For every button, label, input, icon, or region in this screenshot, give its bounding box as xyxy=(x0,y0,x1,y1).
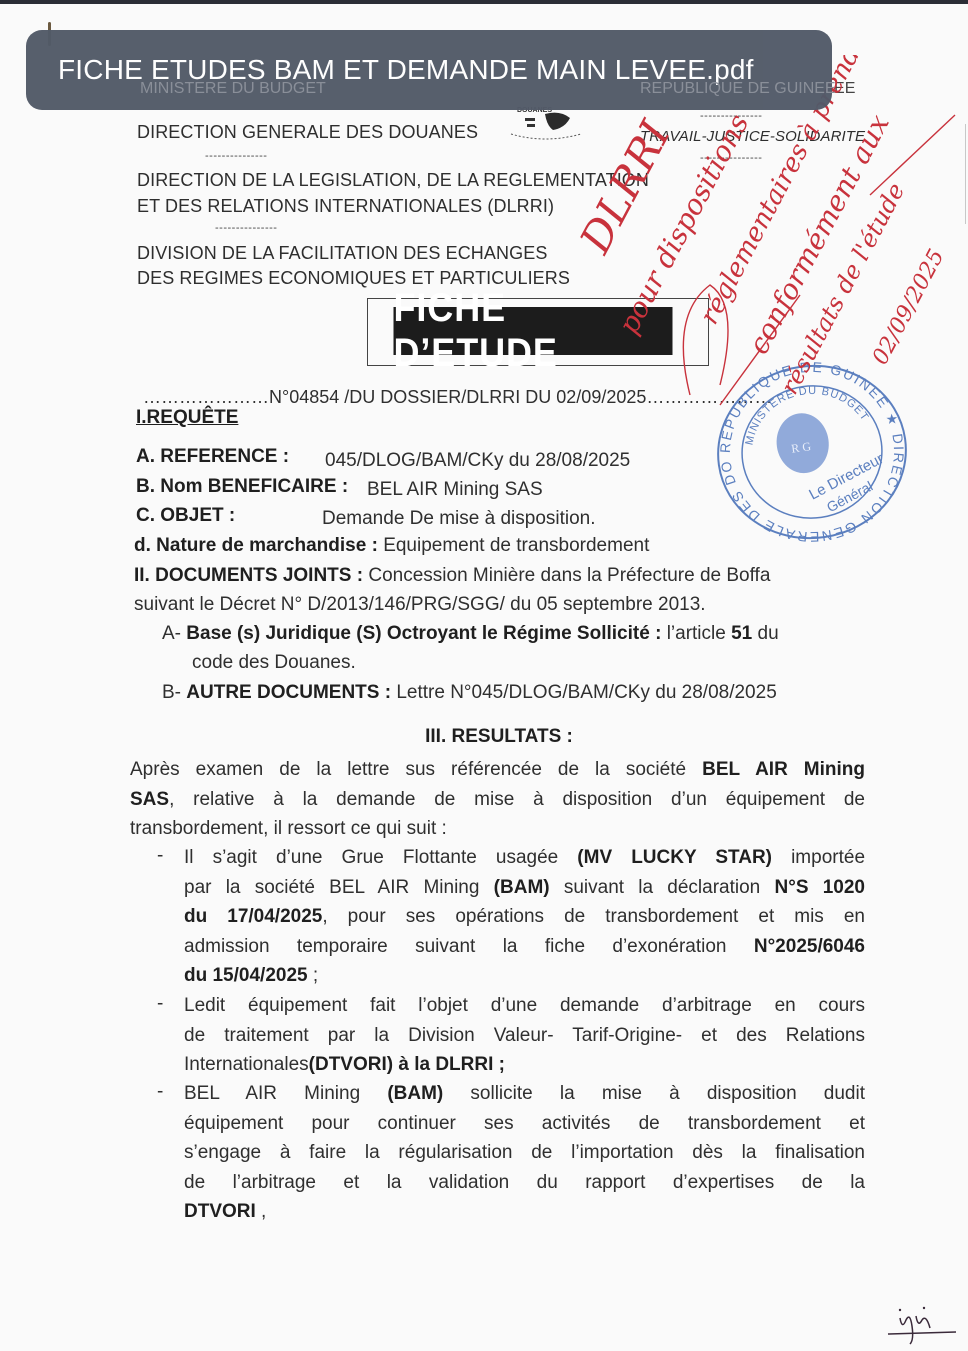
results-intro: Après examen de la lettre sus référencée… xyxy=(130,755,865,844)
results-intro-line: Après examen de la lettre sus référencée… xyxy=(130,755,865,785)
legal-basis-value-tail: du xyxy=(758,623,779,644)
reference-value: 045/DLOG/BAM/CKy du 28/08/2025 xyxy=(325,450,630,472)
motto: TRAVAIL-JUSTICE-SOLIDARITE xyxy=(640,128,865,145)
attached-documents-value-line2: suivant le Décret N° D/2013/146/PRG/SGG/… xyxy=(134,594,706,616)
other-documents-label: AUTRE DOCUMENTS : xyxy=(186,682,391,703)
document-title: FICHE D’ETUDE xyxy=(394,307,673,355)
legal-basis-value: l’article xyxy=(667,623,726,644)
section-results-title: III. RESULTATS : xyxy=(0,726,968,748)
bullet-dash: - xyxy=(157,1081,163,1103)
goods-nature: d. Nature de marchandise : Equipement de… xyxy=(134,535,649,557)
other-documents-prefix: B- xyxy=(162,682,181,703)
bullet-dash: - xyxy=(157,845,163,867)
bullet-line: de l’arbitrage et la validation du rappo… xyxy=(184,1168,865,1198)
results-bullet-item: Il s’agit d’une Grue Flottante usagée (M… xyxy=(184,843,865,991)
svg-text:R G: R G xyxy=(790,439,812,456)
results-intro-line: SAS, relative à la demande de mise à dis… xyxy=(130,785,865,815)
beneficiary-label: B. Nom BENEFICAIRE : xyxy=(136,476,348,498)
header-separator: --------------- xyxy=(215,222,277,234)
legal-basis-prefix: A- xyxy=(162,623,181,644)
results-bullet-item: BEL AIR Mining (BAM) sollicite la mise à… xyxy=(184,1079,865,1227)
bullet-line: s’engage à faire la régularisation de l’… xyxy=(184,1138,865,1168)
dossier-reference: …………………N°04854 /DU DOSSIER/DLRRI DU 02/0… xyxy=(143,387,772,408)
bullet-line: DTVORI , xyxy=(184,1197,865,1227)
ministry-header: MINISTERE DU BUDGET xyxy=(140,80,326,98)
initials-signature-icon xyxy=(880,1300,960,1345)
bullet-dash: - xyxy=(157,993,163,1015)
article-number: 51 xyxy=(731,623,752,644)
legal-basis-line2: code des Douanes. xyxy=(192,652,356,674)
bullet-line: du 15/04/2025 ; xyxy=(184,961,865,991)
header-separator: --------------- xyxy=(700,152,762,164)
header-separator: --------------- xyxy=(205,150,267,162)
bullet-line: admission temporaire suivant la fiche d’… xyxy=(184,932,865,962)
republic-header: REPUBLIQUE DE GUINEE xyxy=(640,80,836,98)
document-title-box: FICHE D’ETUDE xyxy=(367,298,709,366)
bullet-line: équipement pour continuer ses activités … xyxy=(184,1109,865,1139)
direction-generale-heading: DIRECTION GENERALE DES DOUANES xyxy=(137,122,478,143)
results-bullet-item: Ledit équipement fait l’objet d’une dema… xyxy=(184,991,865,1080)
page-edge-line xyxy=(965,124,966,224)
bullet-line: du 17/04/2025, pour ses opérations de tr… xyxy=(184,902,865,932)
header-separator: --------------- xyxy=(700,110,762,122)
division-heading-line1: DIVISION DE LA FACILITATION DES ECHANGES xyxy=(137,243,547,264)
goods-nature-value: Equipement de transbordement xyxy=(383,535,649,556)
attached-documents-label: II. DOCUMENTS JOINTS : xyxy=(134,565,363,586)
direction-heading-line1: DIRECTION DE LA LEGISLATION, DE LA REGLE… xyxy=(137,170,649,191)
legal-basis: A- Base (s) Juridique (S) Octroyant le R… xyxy=(162,623,779,645)
beneficiary-value: BEL AIR Mining SAS xyxy=(367,479,543,501)
bullet-line: Ledit équipement fait l’objet d’une dema… xyxy=(184,991,865,1021)
bullet-line: Internationales(DTVORI) à la DLRRI ; xyxy=(184,1050,865,1080)
republic-header-tail: EE xyxy=(834,80,856,98)
section-requete-title: I.REQUÊTE xyxy=(136,407,238,429)
direction-heading-line2: ET DES RELATIONS INTERNATIONALES (DLRRI) xyxy=(137,196,554,217)
object-label: C. OBJET : xyxy=(136,505,235,527)
reference-label: A. REFERENCE : xyxy=(136,446,289,468)
bullet-line: de traitement par la Division Valeur- Ta… xyxy=(184,1021,865,1051)
goods-nature-label: d. Nature de marchandise : xyxy=(134,535,378,556)
legal-basis-label: Base (s) Juridique (S) Octroyant le Régi… xyxy=(186,623,661,644)
other-documents: B- AUTRE DOCUMENTS : Lettre N°045/DLOG/B… xyxy=(162,682,777,704)
bullet-line: BEL AIR Mining (BAM) sollicite la mise à… xyxy=(184,1079,865,1109)
bullet-line: Il s’agit d’une Grue Flottante usagée (M… xyxy=(184,843,865,873)
attached-documents-value: Concession Minière dans la Préfecture de… xyxy=(368,565,770,586)
file-title-banner[interactable]: FICHE ETUDES BAM ET DEMANDE MAIN LEVEE.p… xyxy=(26,30,832,110)
attached-documents: II. DOCUMENTS JOINTS : Concession Minièr… xyxy=(134,565,770,587)
results-intro-line: transbordement, il ressort ce qui suit : xyxy=(130,814,865,844)
bullet-line: par la société BEL AIR Mining (BAM) suiv… xyxy=(184,873,865,903)
object-value: Demande De mise à disposition. xyxy=(322,508,596,530)
other-documents-value: Lettre N°045/DLOG/BAM/CKy du 28/08/2025 xyxy=(396,682,776,703)
official-stamp-icon: REPUBLIQUE DE GUINEE ★ DIRECTION GENERAL… xyxy=(712,362,912,542)
